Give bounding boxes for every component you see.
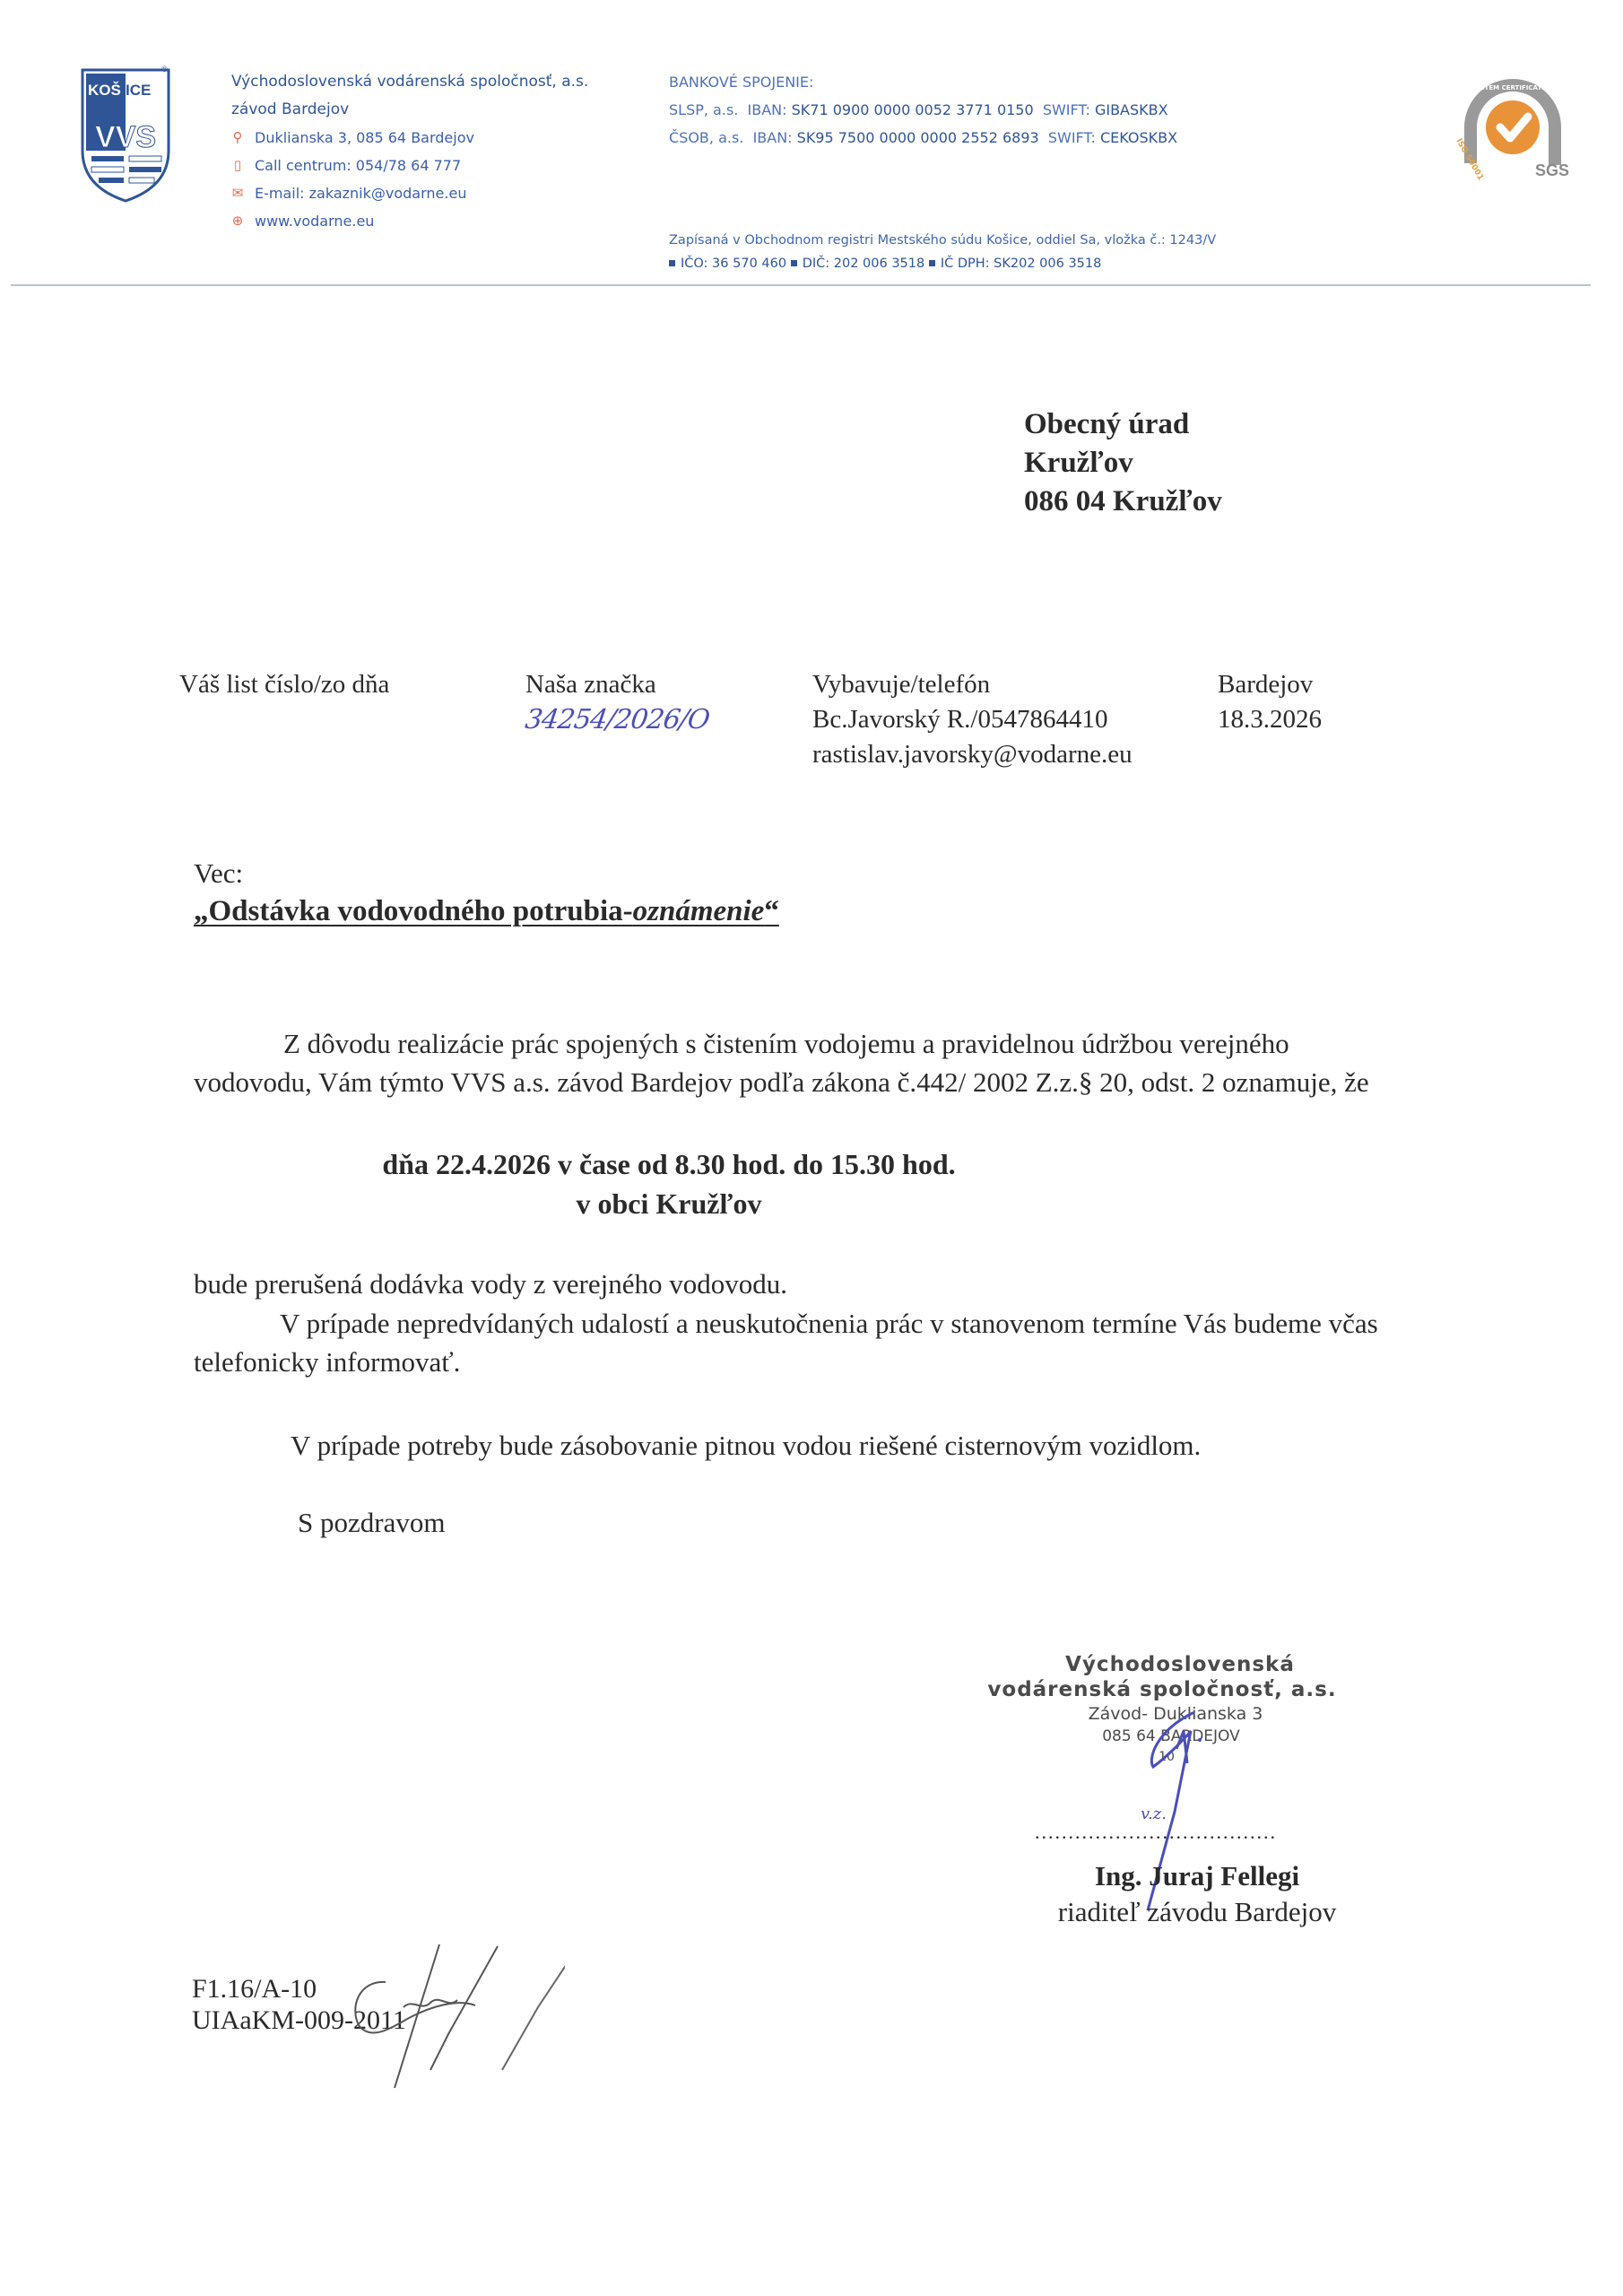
bullet-square-icon	[791, 260, 797, 266]
body-paragraph-1: Z dôvodu realizácie prác spojených s čis…	[194, 1024, 1404, 1101]
subject-label: Vec:	[194, 857, 243, 890]
svg-text:KOŠ: KOŠ	[88, 82, 121, 99]
svg-text:SYSTEM CERTIFICATION: SYSTEM CERTIFICATION	[1471, 84, 1554, 91]
body-paragraph-4: V prípade potreby bude zásobovanie pitno…	[291, 1426, 1501, 1465]
company-email[interactable]: ✉ E-mail: zakaznik@vodarne.eu	[231, 179, 588, 207]
place-date: Bardejov 18.3.2026	[1218, 667, 1322, 737]
body-paragraph-3: V prípade nepredvídaných udalostí a neus…	[194, 1304, 1404, 1381]
body-paragraph-2: bude prerušená dodávka vody z verejného …	[194, 1265, 1404, 1303]
bank-account-csob: ČSOB, a.s. IBAN: SK95 7500 0000 0000 255…	[669, 124, 1177, 152]
bank-heading: BANKOVÉ SPOJENIE:	[669, 68, 1177, 96]
location-pin-icon: ⚲	[230, 124, 245, 152]
company-branch: závod Bardejov	[231, 96, 588, 124]
svg-text:ICE: ICE	[126, 82, 151, 99]
company-contact-block: Východoslovenská vodárenská spoločnosť, …	[231, 68, 588, 235]
company-phone: ▯ Call centrum: 054/78 64 777	[231, 152, 588, 179]
handwritten-signature-icon	[296, 1909, 565, 2097]
vvs-kosice-shield-logo-icon: KOŠ ICE VVS	[79, 68, 176, 203]
our-ref-handwritten-value: 34254/2026/O	[523, 702, 711, 737]
our-ref: Naša značka 34254/2026/O	[525, 667, 709, 738]
recipient-address: Obecný úrad Kružľov 086 04 Kružľov	[1024, 405, 1222, 521]
signer-name: Ing. Juraj Fellegi	[1031, 1858, 1363, 1894]
company-address: ⚲ Duklianska 3, 085 64 Bardejov	[231, 124, 588, 152]
register-line: Zapísaná v Obchodnom registri Mestského …	[669, 229, 1216, 252]
company-name: Východoslovenská vodárenská spoločnosť, …	[231, 68, 588, 96]
registered-mark: ®	[161, 65, 168, 74]
company-register-info: Zapísaná v Obchodnom registri Mestského …	[669, 229, 1216, 275]
header-divider	[11, 284, 1591, 286]
handler-info: Vybavuje/telefón Bc.Javorský R./05478644…	[812, 667, 1133, 772]
greeting: S pozdravom	[298, 1507, 445, 1539]
tax-ids: IČO: 36 570 460 DIČ: 202 006 3518 IČ DPH…	[669, 252, 1216, 275]
handler-email[interactable]: rastislav.javorsky@vodarne.eu	[812, 737, 1133, 772]
signer-title: riaditeľ závodu Bardejov	[1031, 1894, 1363, 1930]
your-letter-ref: Váš list číslo/zo dňa	[179, 667, 389, 702]
bullet-square-icon	[929, 260, 935, 266]
sgs-certification-badge-icon: SYSTEM CERTIFICATION ISO 50001 SGS	[1445, 65, 1580, 181]
envelope-icon: ✉	[230, 179, 245, 207]
outage-date-time: dňa 22.4.2026 v čase od 8.30 hod. do 15.…	[194, 1144, 1144, 1184]
company-website[interactable]: ⊕ www.vodarne.eu	[231, 207, 588, 235]
bank-details: BANKOVÉ SPOJENIE: SLSP, a.s. IBAN: SK71 …	[669, 68, 1177, 152]
subject-title: „Odstávka vodovodného potrubia-oznámenie…	[194, 895, 779, 928]
outage-location: v obci Kružľov	[194, 1184, 1144, 1223]
svg-text:VVS: VVS	[95, 120, 156, 154]
signer: Ing. Juraj Fellegi riaditeľ závodu Barde…	[1031, 1858, 1363, 1930]
svg-text:SGS: SGS	[1535, 161, 1569, 179]
bank-account-slsp: SLSP, a.s. IBAN: SK71 0900 0000 0052 377…	[669, 96, 1177, 124]
phone-icon: ▯	[230, 152, 245, 179]
bullet-square-icon	[669, 260, 675, 266]
signature-line: ....................................	[1035, 1821, 1277, 1844]
globe-icon: ⊕	[230, 207, 245, 235]
